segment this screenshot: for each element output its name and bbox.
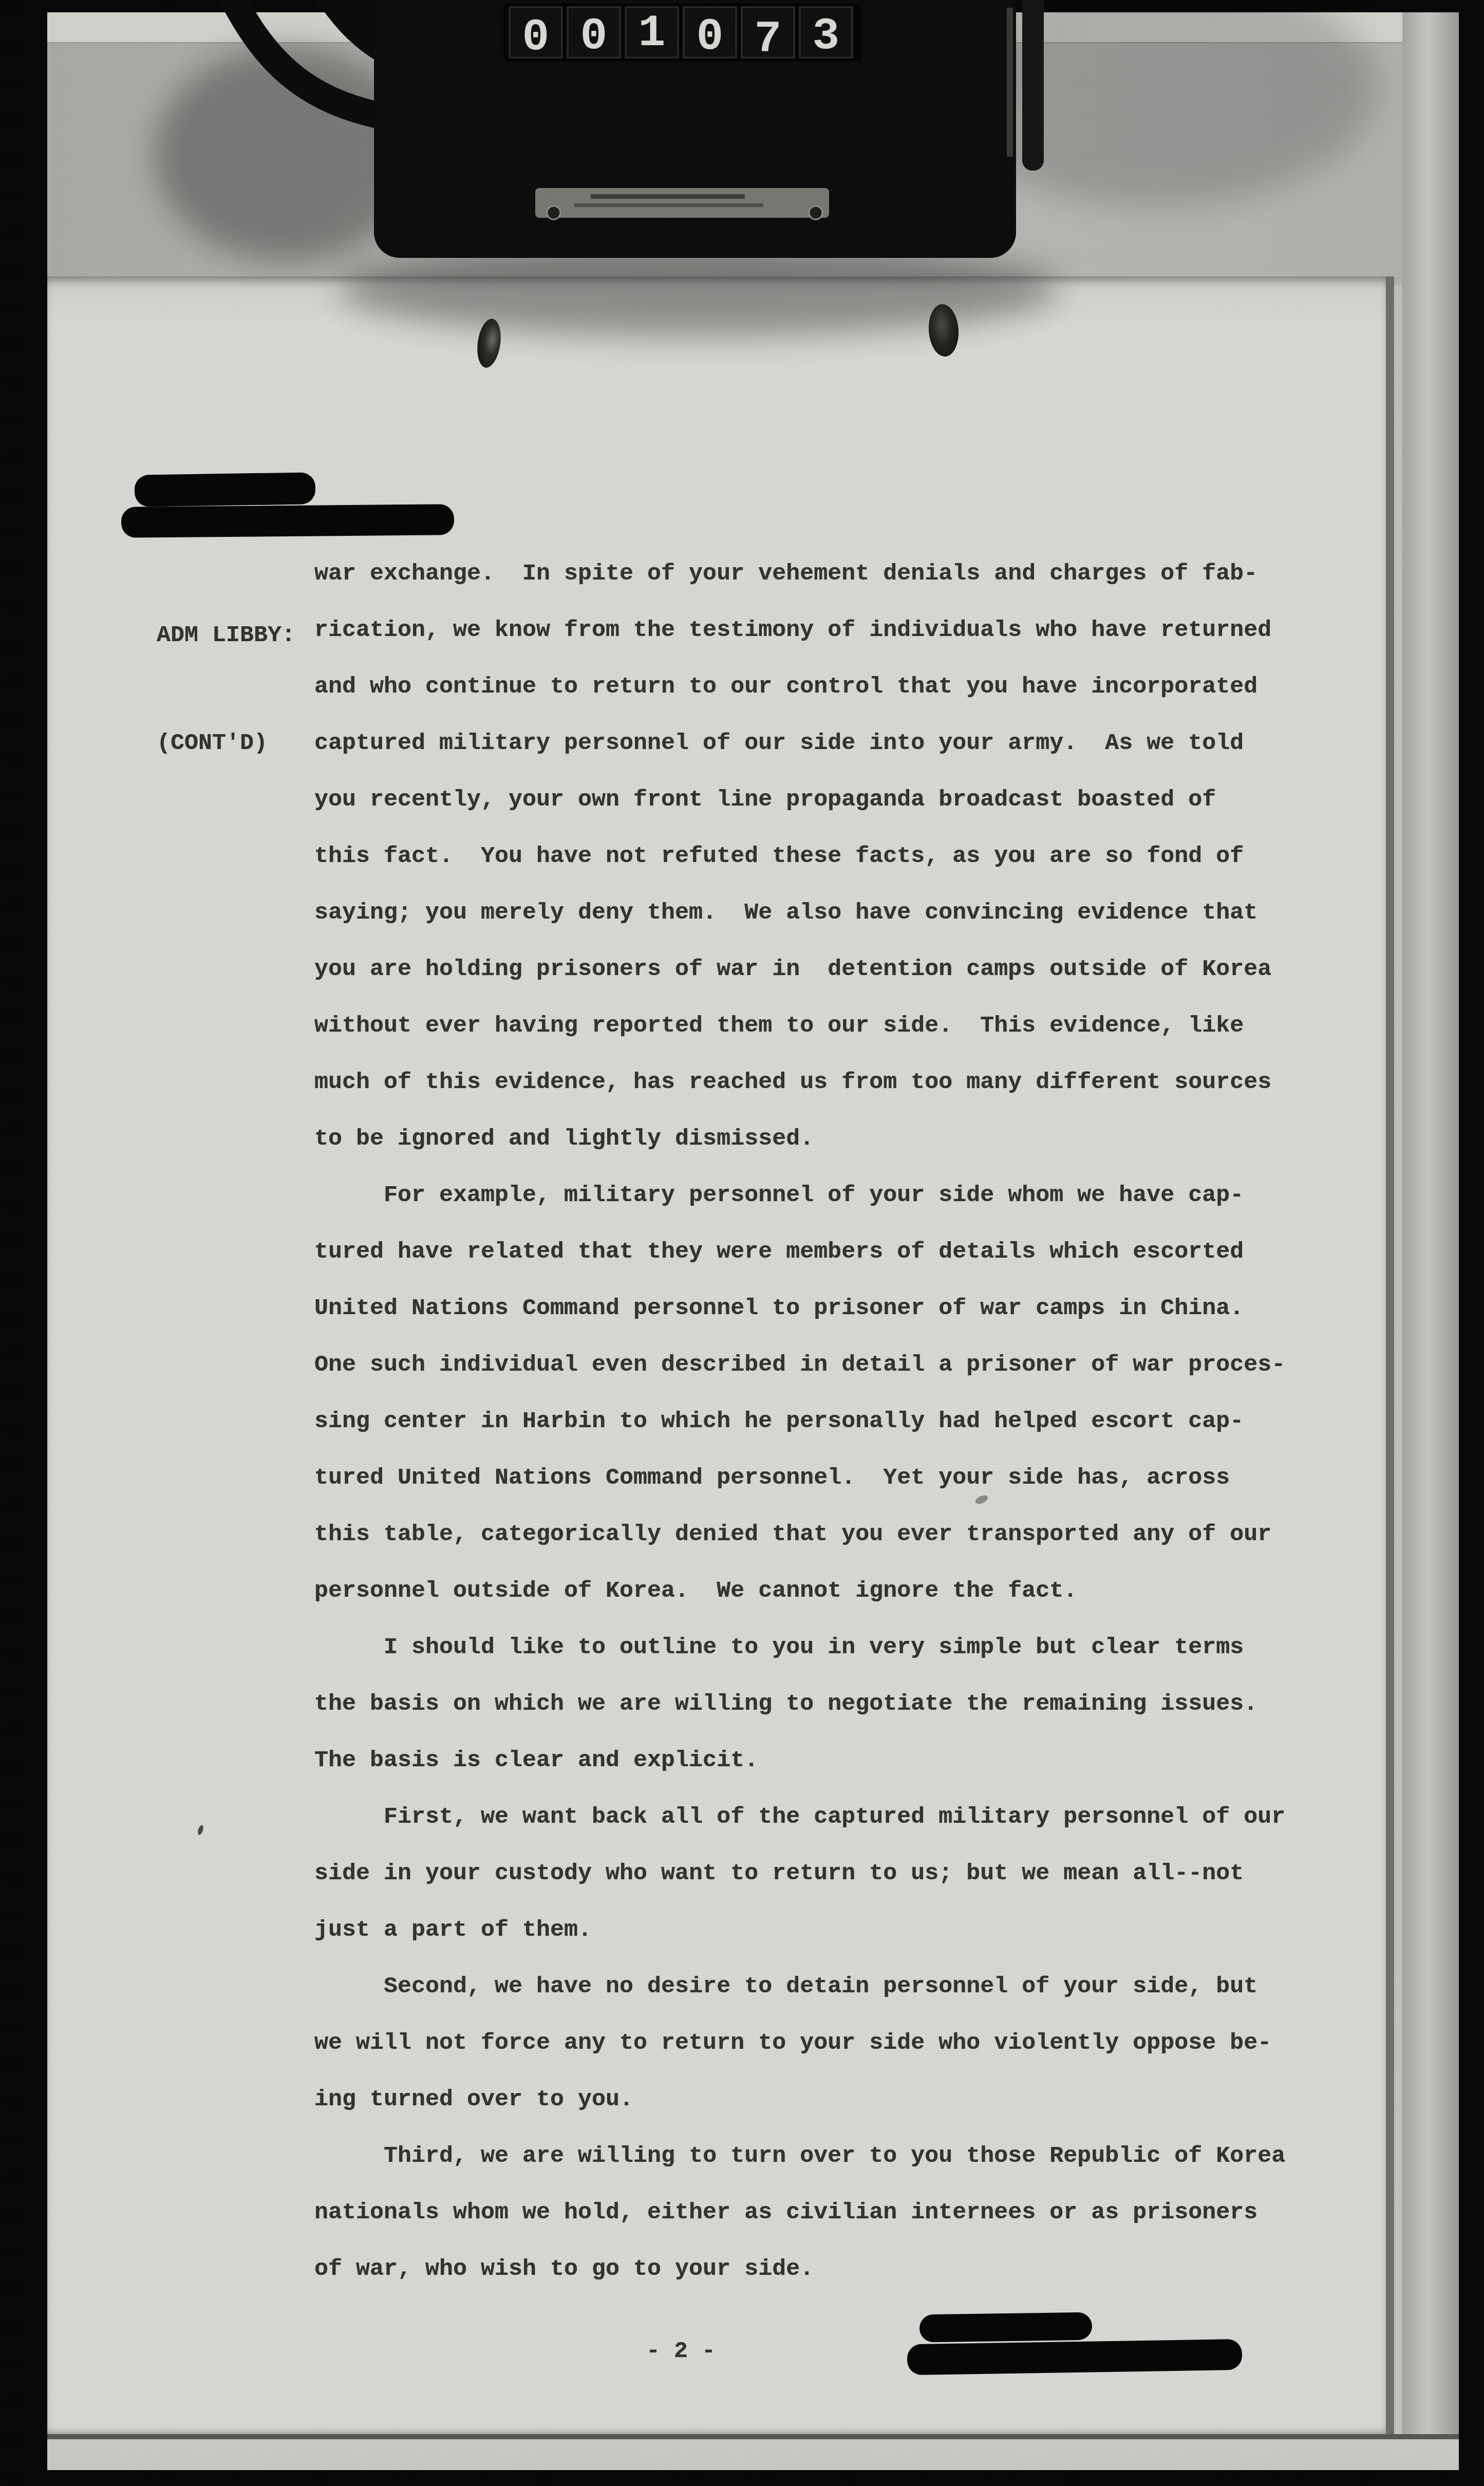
redaction-mark-bottom-1 bbox=[919, 2312, 1093, 2343]
paragraph-3: I should like to outline to you in very … bbox=[314, 1619, 1342, 1789]
redaction-mark-top-1 bbox=[135, 472, 316, 507]
redaction-mark-bottom-2 bbox=[907, 2339, 1243, 2375]
paper-top-band bbox=[47, 12, 1459, 43]
paragraph-6: Third, we are willing to turn over to yo… bbox=[314, 2128, 1342, 2297]
speaker-label: ADM LIBBY: bbox=[157, 618, 295, 653]
paragraph-5: Second, we have no desire to detain pers… bbox=[314, 1958, 1342, 2128]
speaker-continuation: (CONT'D) bbox=[157, 725, 295, 761]
paragraph-2: For example, military personnel of your … bbox=[314, 1167, 1342, 1619]
paragraph-4: First, we want back all of the captured … bbox=[314, 1789, 1342, 1958]
page-number: - 2 - bbox=[646, 2339, 716, 2364]
counter-shadow-zone bbox=[47, 43, 1459, 285]
page-bottom-edge bbox=[47, 2434, 1459, 2470]
speaker-label-block: ADM LIBBY: (CONT'D) bbox=[157, 546, 295, 833]
scanned-document-photograph: 0 0 1 0 7 3 ADM LIBBY: (CONT'D) war exch… bbox=[0, 0, 1484, 2486]
backing-right-strip bbox=[1402, 12, 1459, 2465]
paragraph-1: war exchange. In spite of your vehement … bbox=[314, 546, 1342, 1167]
transcript-body: war exchange. In spite of your vehement … bbox=[314, 546, 1342, 2297]
redaction-mark-top-2 bbox=[121, 504, 454, 538]
